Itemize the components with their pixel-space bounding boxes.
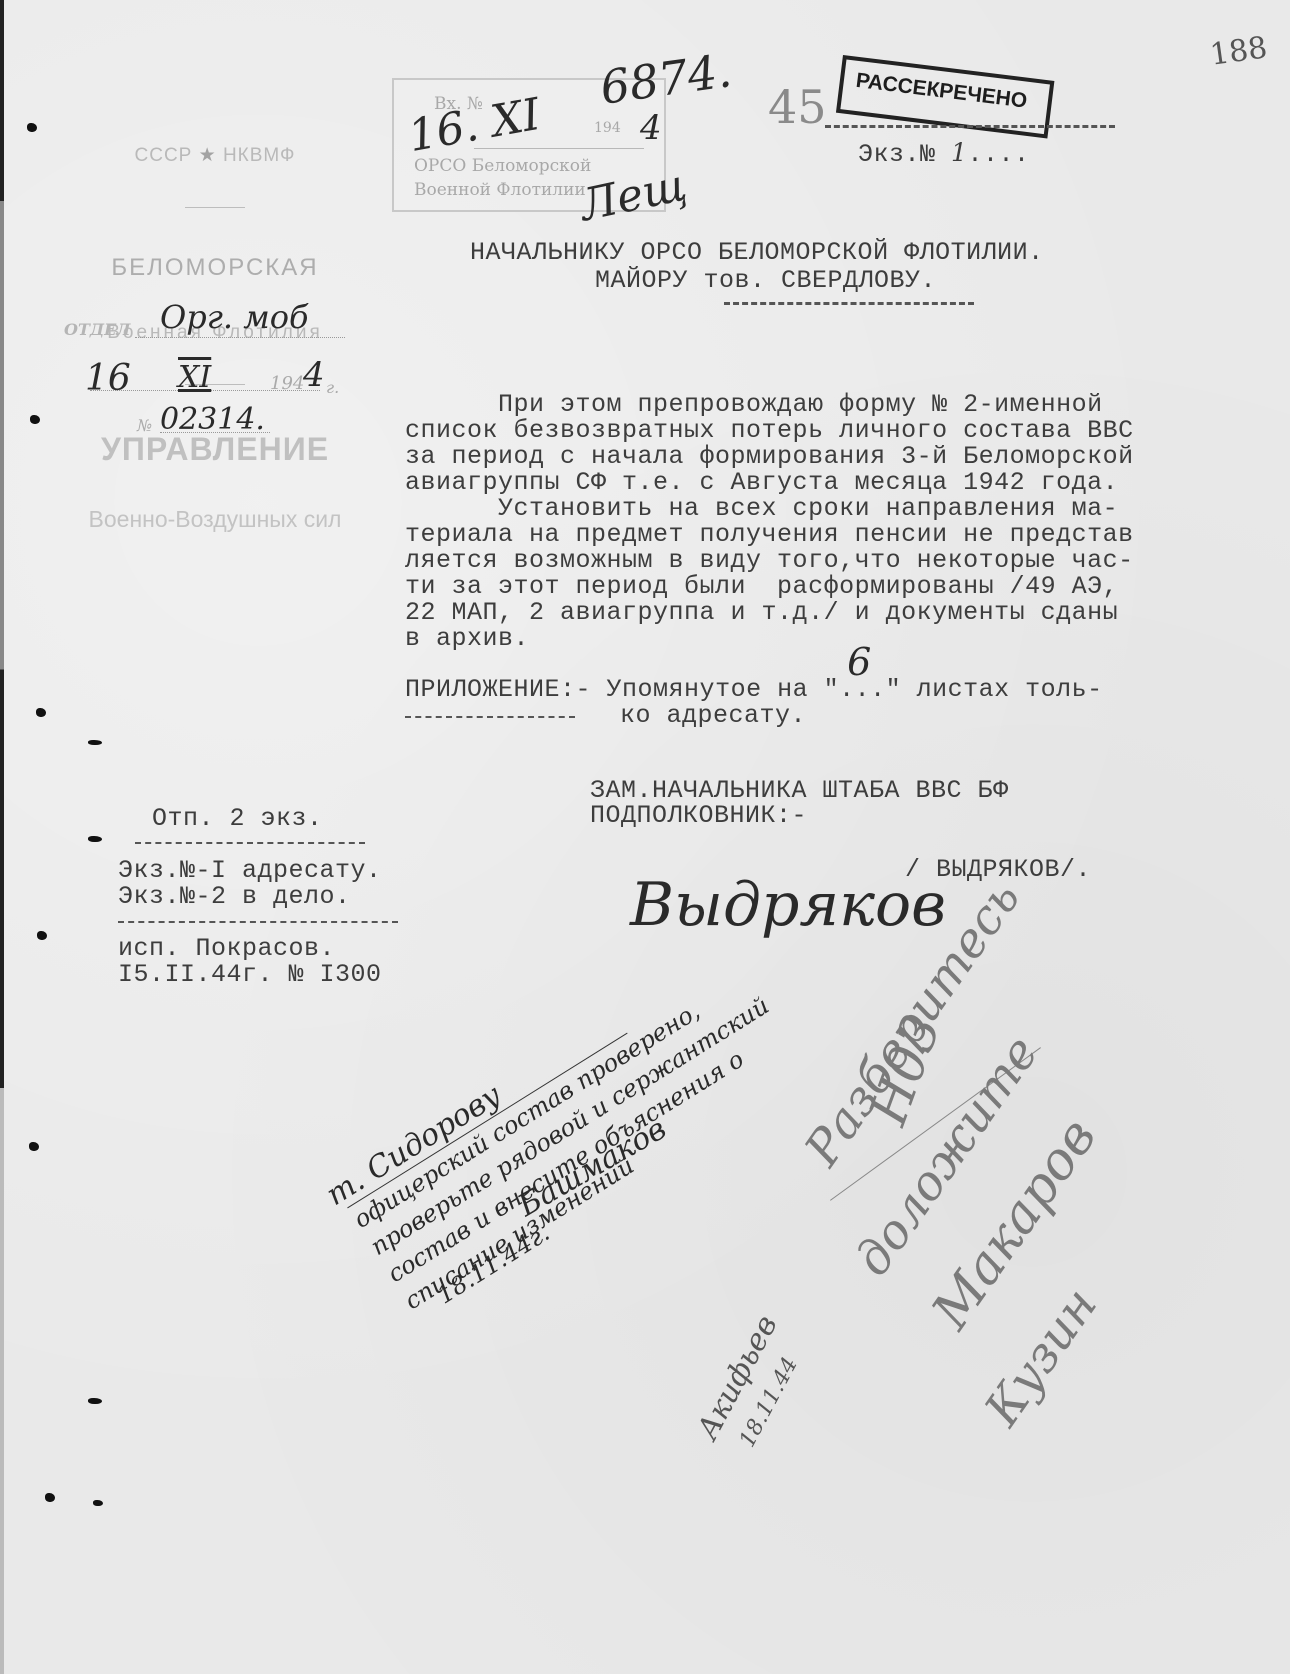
margin-number: 45 xyxy=(768,80,827,134)
stamp-nkvmf: НКВМФ xyxy=(223,145,296,166)
incoming-stamp-line3: Военной Флотилии xyxy=(414,180,586,200)
star-icon: ★ xyxy=(199,145,217,166)
attachment-line2: ко адресату. xyxy=(620,703,806,729)
date-month: XI xyxy=(178,360,211,395)
pencil-resolution: Н03 Разберитесь доложите Макаров Кузин xyxy=(830,1000,1260,1440)
dept-value: Орг. моб xyxy=(160,298,309,336)
punch-hole xyxy=(30,415,40,424)
stamp-vvs: Военно-Воздушных сил xyxy=(60,506,370,533)
signer-rank: ПОДПОЛКОВНИК:- xyxy=(590,803,807,829)
outgoing-number: 02314. xyxy=(160,402,265,437)
distribution-line4: исп. Покрасов. xyxy=(118,936,335,962)
punch-hole xyxy=(27,123,37,132)
body-paragraph-1: При этом препровождаю форму № 2-именной … xyxy=(405,392,1134,496)
addressee-line2: МАЙОРУ тов. СВЕРДЛОВУ. xyxy=(595,268,936,294)
sheets-count: 6 xyxy=(847,649,872,675)
distribution-line2: Экз.№-I адресату. xyxy=(118,858,382,884)
distribution-line3: Экз.№-2 в дело. xyxy=(118,884,351,910)
punch-hole xyxy=(88,836,102,842)
addressee-line1: НАЧАЛЬНИКУ ОРСО БЕЛОМОРСКОЙ ФЛОТИЛИИ. xyxy=(470,240,1044,266)
punch-hole xyxy=(45,1493,55,1502)
incoming-number: 6874. xyxy=(597,43,735,115)
incoming-stamp-year: 194 xyxy=(594,120,621,136)
dept-label: ОТДЕЛ xyxy=(64,320,130,339)
punch-hole xyxy=(29,1142,39,1151)
date-day: 16 xyxy=(85,358,131,399)
attachment-label: ПРИЛОЖЕНИЕ:- xyxy=(405,675,591,704)
punch-hole xyxy=(37,931,47,940)
punch-hole xyxy=(88,740,102,745)
incoming-year-hand: 4 xyxy=(640,108,662,148)
punch-hole xyxy=(36,708,46,717)
body-paragraph-2: Установить на всех сроки направления ма-… xyxy=(405,496,1134,652)
stamp-belomorskaya: БЕЛОМОРСКАЯ xyxy=(60,254,370,282)
distribution-line1: Отп. 2 экз. xyxy=(152,806,323,832)
attachment-line1: ПРИЛОЖЕНИЕ:- Упомянутое на "...6" листах… xyxy=(405,677,1103,703)
distribution-line5: I5.II.44г. № I300 xyxy=(118,962,382,988)
page-left-edge xyxy=(0,0,4,1674)
stamp-ussr: СССР xyxy=(135,145,193,166)
punch-hole xyxy=(88,1398,102,1404)
date-suffix: г. xyxy=(326,378,339,397)
number-label: № xyxy=(137,416,152,435)
punch-hole xyxy=(93,1500,103,1506)
date-year-printed: 194 xyxy=(270,373,304,394)
declassified-text: РАССЕКРЕЧЕНО xyxy=(854,69,1028,114)
archive-page-number: 188 xyxy=(1208,30,1270,73)
date-year-hand: 4 xyxy=(303,355,325,395)
incoming-stamp-line2: ОРСО Беломорской xyxy=(414,156,591,176)
copy-number: Экз.№ 1.... xyxy=(858,140,1029,168)
